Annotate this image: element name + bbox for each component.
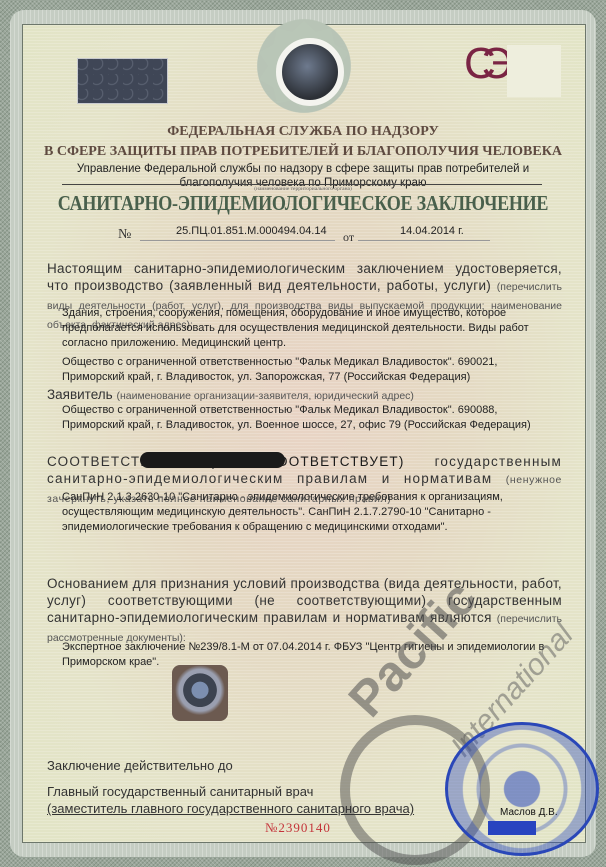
hologram-sticker-icon [172, 665, 228, 721]
security-pattern-icon [77, 58, 168, 104]
basis-documents: Экспертное заключение №239/8.1-М от 07.0… [62, 640, 562, 670]
number-label: № [118, 227, 131, 243]
regulations: СанПиН 2.1.3.2630-10 "Санитарно - эпидем… [62, 490, 562, 535]
document-title: САНИТАРНО-ЭПИДЕМИОЛОГИЧЕСКОЕ ЗАКЛЮЧЕНИЕ [42, 191, 563, 216]
applicant-note: (наименование организации-заявителя, юри… [116, 390, 413, 402]
basis-text: Основанием для признания условий произво… [47, 576, 562, 625]
applicant: Общество с ограниченной ответственностью… [62, 403, 562, 433]
date-label: от [343, 230, 354, 245]
object-address: Общество с ограниченной ответственностью… [62, 355, 562, 385]
hologram-seal-icon [250, 14, 358, 118]
redaction-bar [140, 452, 285, 468]
official-stamp-icon [445, 722, 599, 856]
agency-title-line2: В СФЕРЕ ЗАЩИТЫ ПРАВ ПОТРЕБИТЕЛЕЙ И БЛАГО… [0, 144, 606, 160]
valid-until-label: Заключение действительно до [47, 758, 233, 773]
agency-title-line1: ФЕДЕРАЛЬНАЯ СЛУЖБА ПО НАДЗОРУ [0, 124, 606, 140]
date-underline [358, 240, 490, 241]
deputy-title: (заместитель главного государственного с… [47, 801, 414, 816]
intro-text: Настоящим санитарно-эпидемиологическим з… [47, 261, 562, 293]
applicant-heading: Заявитель (наименование организации-заяв… [47, 387, 414, 402]
document-number: 25.ПЦ.01.851.М.000494.04.14 [176, 225, 327, 237]
document-date: 14.04.2014 г. [400, 225, 464, 237]
applicant-label: Заявитель [47, 387, 113, 402]
number-underline [140, 240, 335, 241]
divider [62, 184, 542, 185]
signer-name: Маслов Д.В. [500, 807, 558, 818]
watermark-square [507, 45, 561, 97]
chief-title: Главный государственный санитарный врач [47, 784, 313, 799]
serial-number: №2390140 [265, 820, 331, 836]
object-description: Здания, строения, сооружения, помещения,… [62, 306, 562, 351]
